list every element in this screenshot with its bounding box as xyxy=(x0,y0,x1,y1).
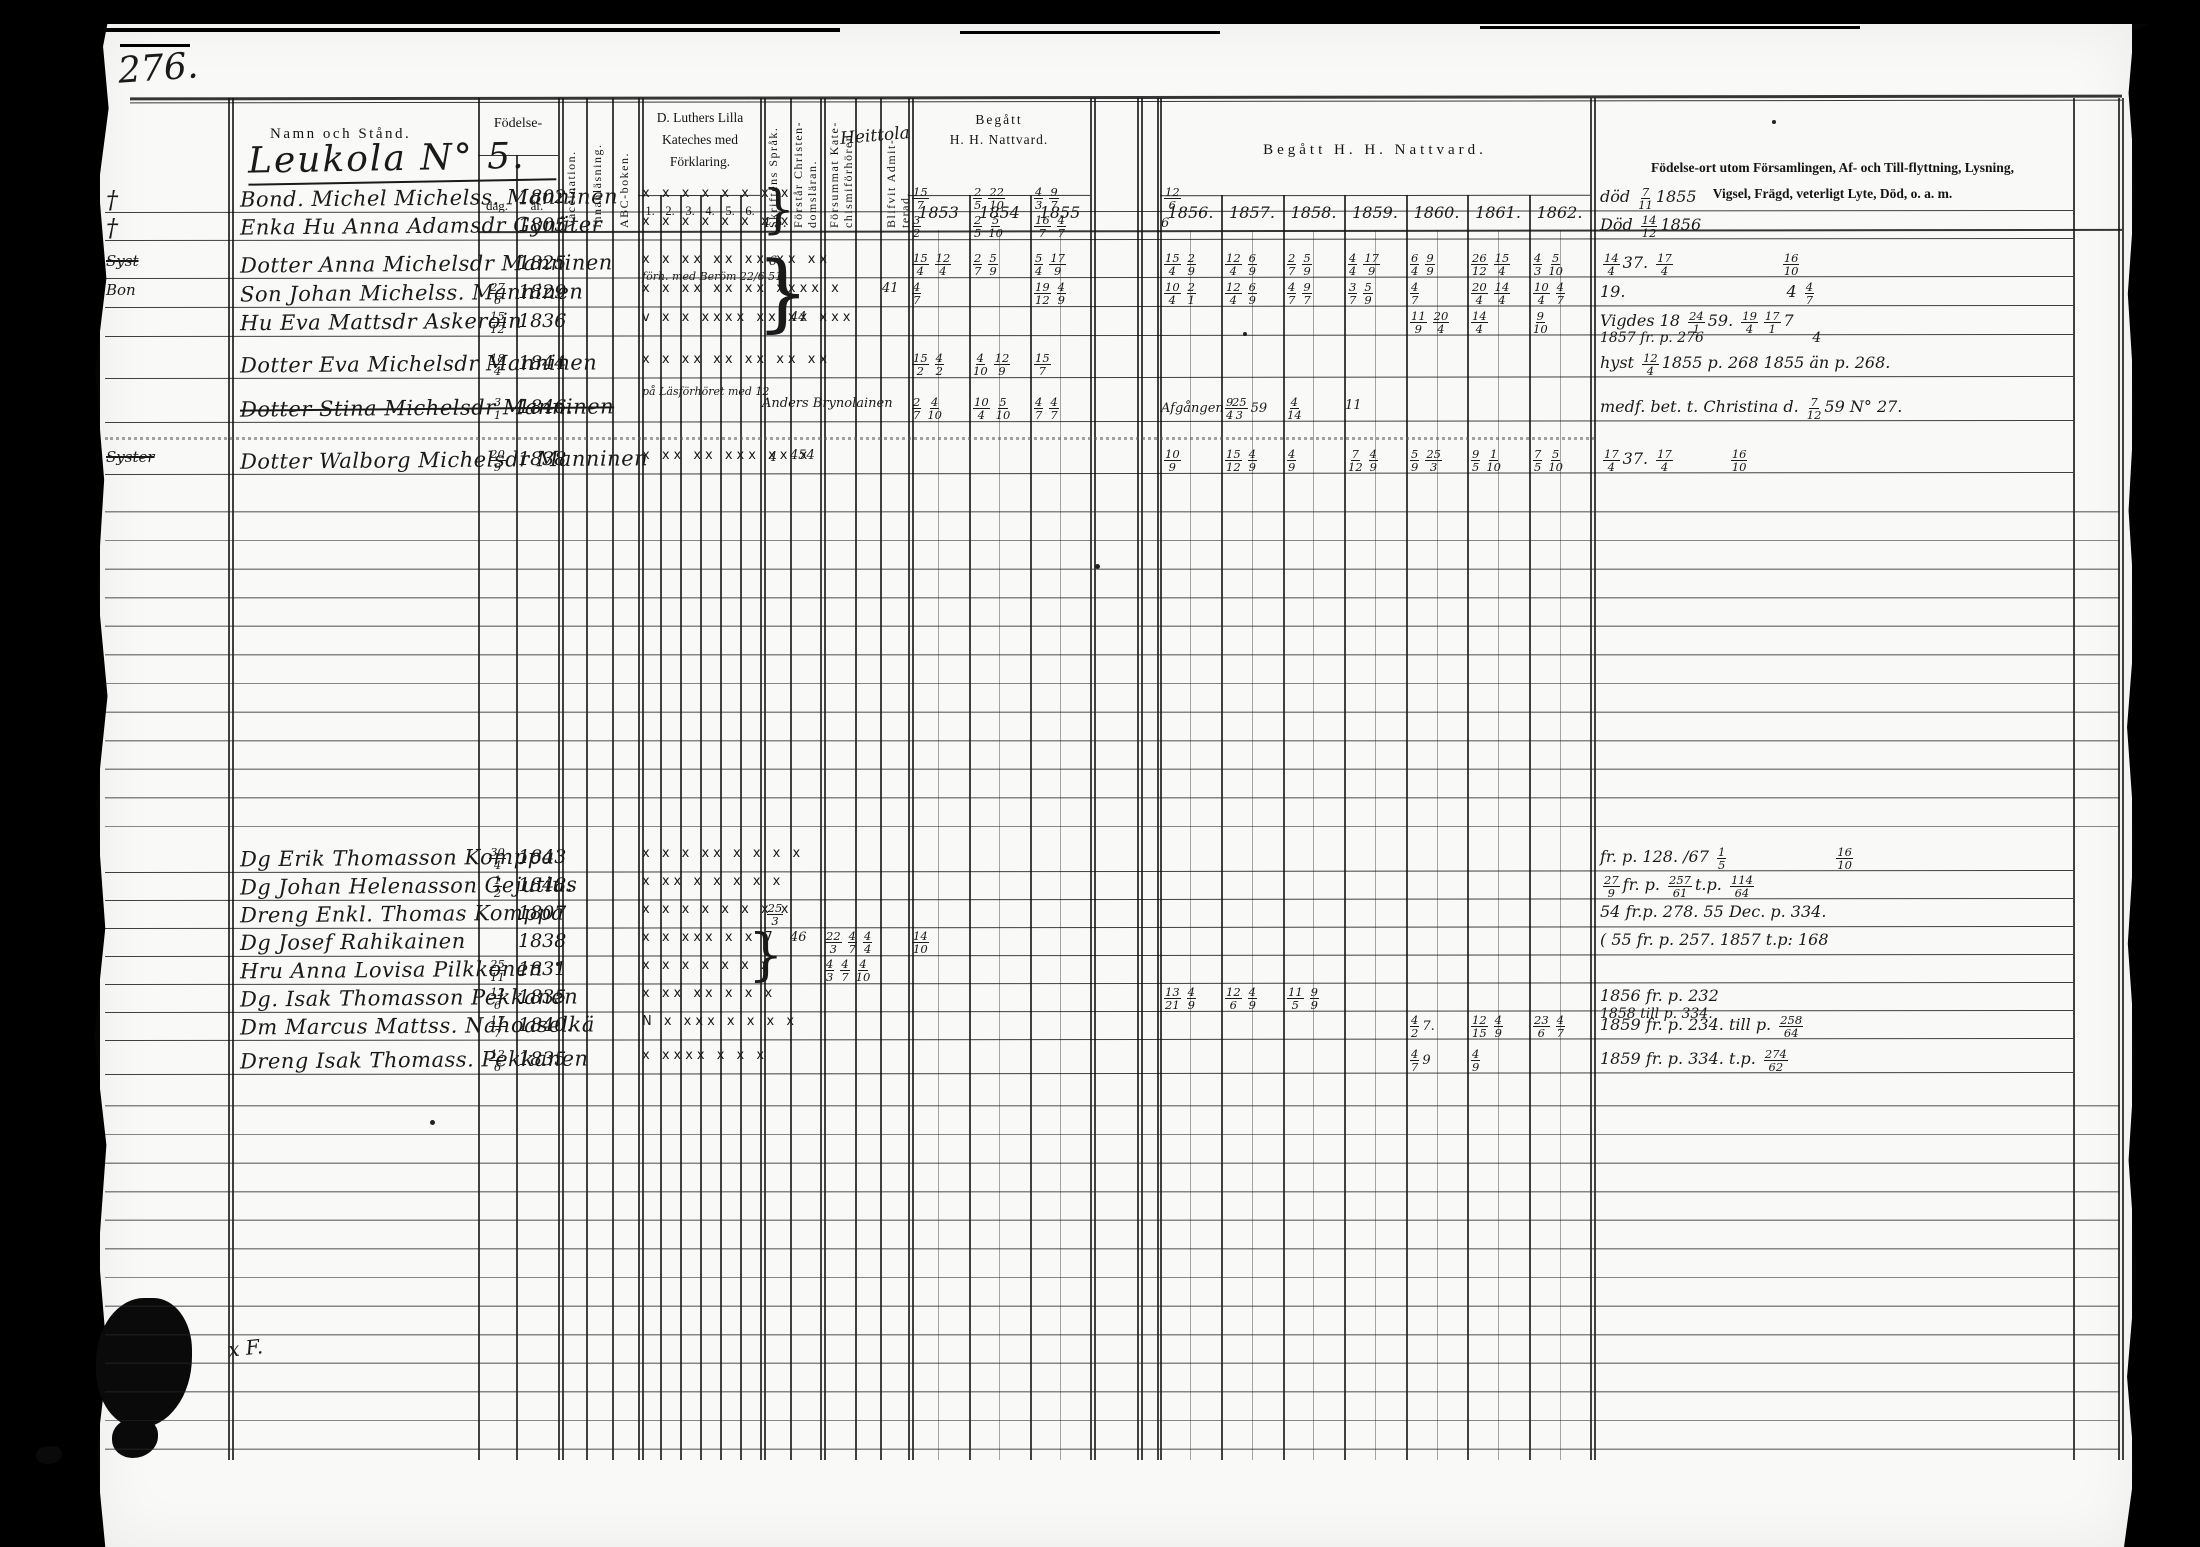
communion-left-1: 252210 xyxy=(970,186,1029,211)
birth-year-cell: 1838 xyxy=(518,930,560,952)
communion-right-4: 479 xyxy=(1407,1048,1467,1073)
communion-right-1: 12469 xyxy=(1222,252,1282,277)
communion-right-5: 95110 xyxy=(1468,448,1528,473)
communion-left-0: 32 xyxy=(909,214,968,239)
birth-day-cell: 31 xyxy=(479,396,516,421)
birth-day-cell: 126 xyxy=(479,986,516,1011)
communion-right-5: 144 xyxy=(1468,310,1528,335)
birth-day-cell: 177 xyxy=(479,1014,516,1039)
birth-day-cell: 304 xyxy=(479,846,516,871)
communion-right-2: 4797 xyxy=(1284,281,1344,306)
name-cell: Dotter Walborg Michelsdr Manninen xyxy=(240,446,648,474)
communion-right-4: 6499 xyxy=(1407,252,1467,277)
birth-day-cell: 209 xyxy=(479,448,516,473)
kateches-header-line1: D. Luthers Lilla xyxy=(640,110,760,126)
margin-note: † xyxy=(106,186,226,214)
skrift-mark: 4 xyxy=(762,448,788,466)
birth-year-cell: 1840. xyxy=(518,1014,560,1036)
communion-right-2: 2759 xyxy=(1284,252,1344,277)
forsummat-marks: 2234744 xyxy=(822,930,910,955)
communion-right-1: 12649 xyxy=(1222,986,1282,1011)
communion-right-4: 119204 xyxy=(1407,310,1467,335)
communion-right-0: 15429 xyxy=(1161,252,1221,277)
communion-left-0: 157 xyxy=(909,186,968,211)
scan-streak xyxy=(0,28,840,32)
communion-left-2: 54179 xyxy=(1031,252,1090,277)
communion-right-0: 126 xyxy=(1161,186,1221,211)
catechism-marks: x x x x x x x x xyxy=(642,902,762,917)
catechism-marks: x xx xx xxx xx x xyxy=(642,448,762,463)
notes-cell-line2: 1857 fr. p. 276 4 xyxy=(1600,329,2070,347)
notes-cell: 17437. 1741610 xyxy=(1600,448,2070,473)
notes-cell: 1859 fr. p. 334. t.p. 27462 xyxy=(1600,1048,2070,1073)
communion-right-0: Afgången 25359 xyxy=(1161,396,1221,421)
birth-year-cell: 1843 xyxy=(518,846,560,868)
communion-right-5: 204144 xyxy=(1468,281,1528,306)
communion-right-1: 151249 xyxy=(1222,448,1282,473)
catechism-marks: x x x x x x x x xyxy=(642,214,762,229)
skrift-note: Anders Brynolainen xyxy=(762,396,893,411)
communion-right-0: 132149 xyxy=(1161,986,1221,1011)
kateches-header-line3: Förklaring. xyxy=(640,154,760,170)
communion-right-5: 2612154 xyxy=(1468,252,1528,277)
notes-cell: 19. 4 47 xyxy=(1600,281,2070,306)
catechism-marks: x x xxx x x 7 xyxy=(642,930,762,945)
grouping-brace: } xyxy=(756,250,809,334)
notes-cell: 279fr. p. 25761t.p. 11464 xyxy=(1600,874,2070,899)
communion-left-0: 15242 xyxy=(909,352,968,377)
communion-right-0: 109 xyxy=(1161,448,1221,473)
notes-column-header-line1: Födelse-ort utom Församlingen, Af- och T… xyxy=(1600,160,2065,176)
communion-left-1: 104510 xyxy=(970,396,1029,421)
catechism-marks: x x x xx x x x x xyxy=(642,846,762,861)
communion-left-0: 154124 xyxy=(909,252,968,277)
scan-streak xyxy=(960,31,1220,34)
birth-year-cell: 1825 xyxy=(518,252,560,274)
birth-day-cell: 2511 xyxy=(479,958,516,983)
communion-right-4: 59253 xyxy=(1407,448,1467,473)
birth-column-header: Födelse- xyxy=(478,116,558,132)
scan-edge-top xyxy=(0,0,2200,24)
name-column-header: Namn och Stånd. xyxy=(270,126,440,143)
catechism-marks: x x xx xx xx xx xx xyxy=(642,252,762,267)
birth-year-cell: 1805 xyxy=(518,214,560,236)
communion-right-6: 23647 xyxy=(1530,1014,1590,1039)
notes-cell: ( 55 fr. p. 257. 1857 t.p: 168 xyxy=(1600,930,2070,950)
communion-left-2: 16747 xyxy=(1031,214,1090,239)
communion-left-1: 410129 xyxy=(970,352,1029,377)
birth-year-cell: 1802. xyxy=(518,186,560,208)
notes-cell: medf. bet. t. Christina d. 71259 N° 27. xyxy=(1600,396,2070,421)
communion-right-2: 11599 xyxy=(1284,986,1344,1011)
communion-right-0: 10421 xyxy=(1161,281,1221,306)
catechism-marks: x xx xx x x x xyxy=(642,986,762,1001)
scan-streak xyxy=(1480,26,1860,29)
birth-year-cell: 1835 xyxy=(518,1048,560,1070)
birth-year-cell: 1831 xyxy=(518,958,560,980)
name-cell: Dg Josef Rahikainen xyxy=(240,929,466,955)
admitterad-mark: 41 xyxy=(882,281,906,296)
communion-right-3: 3759 xyxy=(1345,281,1405,306)
catechism-marks: x xx x x x x x xyxy=(642,874,762,889)
catechism-marks: x x xx xx xx xxxx x xyxy=(642,281,762,296)
forstar-mark: 46 xyxy=(790,930,818,945)
birth-day-cell: 184 xyxy=(479,352,516,377)
communion-right-1: 12469 xyxy=(1222,281,1282,306)
communion-right-4: 427. xyxy=(1407,1014,1467,1039)
communion-left-0: 47 xyxy=(909,281,968,306)
notes-cell: 1856 fr. p. 232 xyxy=(1600,986,2070,1006)
communion-right-5: 121549 xyxy=(1468,1014,1528,1039)
communion-right-0: 6 xyxy=(1161,214,1221,232)
notes-cell: hyst 1241855 p. 268 1855 än p. 268. xyxy=(1600,352,2070,377)
catechism-marks: x x xx xx xx xx xx xyxy=(642,352,762,367)
kateches-header-line2: Kateches med xyxy=(640,132,760,148)
catechism-marks: x xxxx x x x xyxy=(642,1048,762,1063)
communion-right-4: 47 xyxy=(1407,281,1467,306)
communion-right-6: 10447 xyxy=(1530,281,1590,306)
communion-left-2: 4397 xyxy=(1031,186,1090,211)
forstar-mark: 454 xyxy=(790,448,818,463)
birth-year-cell: 1835 xyxy=(518,986,560,1008)
birth-year-cell: 1836 xyxy=(518,310,560,332)
birth-day-cell: 1512 xyxy=(479,310,516,335)
communion-left-2: 191249 xyxy=(1031,281,1090,306)
communion-right-6: 43510 xyxy=(1530,252,1590,277)
communion-left-0: 1410 xyxy=(909,930,968,955)
margin-note: Syster xyxy=(106,448,226,466)
communion-right-3: 71249 xyxy=(1345,448,1405,473)
notes-cell: död 7111855 xyxy=(1600,186,2070,211)
forsummat-marks: 4347410 xyxy=(822,958,910,983)
birth-year-cell: 1838 xyxy=(518,448,560,470)
margin-note: † xyxy=(106,214,226,242)
birth-year-cell: 1848. xyxy=(518,874,560,896)
page-number: 276. xyxy=(117,45,200,91)
communion-left-1: 25510 xyxy=(970,214,1029,239)
birth-year-cell: 1807 xyxy=(518,902,560,924)
communion-right-6: 910 xyxy=(1530,310,1590,335)
nattvard-left-header-line2: H. H. Nattvard. xyxy=(908,132,1090,148)
communion-left-0: 27410 xyxy=(909,396,968,421)
margin-note: Syst xyxy=(106,252,226,270)
communion-left-1: 2759 xyxy=(970,252,1029,277)
margin-note: Bon xyxy=(106,281,226,299)
grid-hline xyxy=(478,155,558,156)
birth-year-cell: 1846. xyxy=(518,396,560,418)
notes-cell: fr. p. 128. /67 151610 xyxy=(1600,846,2070,871)
catechism-marks: N x xxx x x x x xyxy=(642,1014,762,1029)
grouping-brace: } xyxy=(762,184,795,236)
grouping-brace: } xyxy=(748,928,784,984)
communion-right-3: 11 xyxy=(1345,396,1405,414)
birth-year-cell: 1844 xyxy=(518,352,560,374)
catechism-marks: x x x x x x x x xyxy=(642,186,762,201)
communion-right-6: 75510 xyxy=(1530,448,1590,473)
communion-left-2: 157 xyxy=(1031,352,1090,377)
speck xyxy=(1772,120,1776,124)
communion-right-3: 44179 xyxy=(1345,252,1405,277)
communion-right-1: 94 xyxy=(1222,396,1282,421)
communion-right-2: 414 xyxy=(1284,396,1344,421)
communion-right-5: 49 xyxy=(1468,1048,1528,1073)
nattvard-right-header: Begått H. H. Nattvard. xyxy=(1160,142,1590,159)
faint-rulings xyxy=(105,1078,2120,1464)
margin-scribble: x F. xyxy=(227,1334,264,1362)
birth-year-cell: 1829 xyxy=(518,281,560,303)
faint-rulings xyxy=(105,484,2120,846)
catechism-note: på Läsförhöret med 12 xyxy=(642,385,769,398)
notes-cell: 1859 fr. p. 234. till p. 25864 xyxy=(1600,1014,2070,1039)
communion-right-2: 49 xyxy=(1284,448,1344,473)
communion-left-2: 4747 xyxy=(1031,396,1090,421)
birth-day-cell: 126 xyxy=(479,1048,516,1073)
notes-cell: 14437. 1741610 xyxy=(1600,252,2070,277)
name-cell: Dreng Enkl. Thomas Komppa xyxy=(240,901,564,928)
nattvard-left-header-line1: Begått xyxy=(908,112,1090,128)
birth-day-cell: 276 xyxy=(479,281,516,306)
birth-day-cell: 12 xyxy=(479,874,516,899)
scanned-church-record-page: 276. Heittola Leukola N° 5. Namn och Stå… xyxy=(0,0,2200,1547)
fold-smudge xyxy=(105,437,1595,440)
notes-cell: 54 fr.p. 278. 55 Dec. p. 334. xyxy=(1600,902,2070,922)
catechism-marks: v x x xxxx xx xx xxx xyxy=(642,310,762,325)
notes-cell: Död 14121856 xyxy=(1600,214,2070,239)
catechism-marks: x x x x x x x xyxy=(642,958,762,973)
